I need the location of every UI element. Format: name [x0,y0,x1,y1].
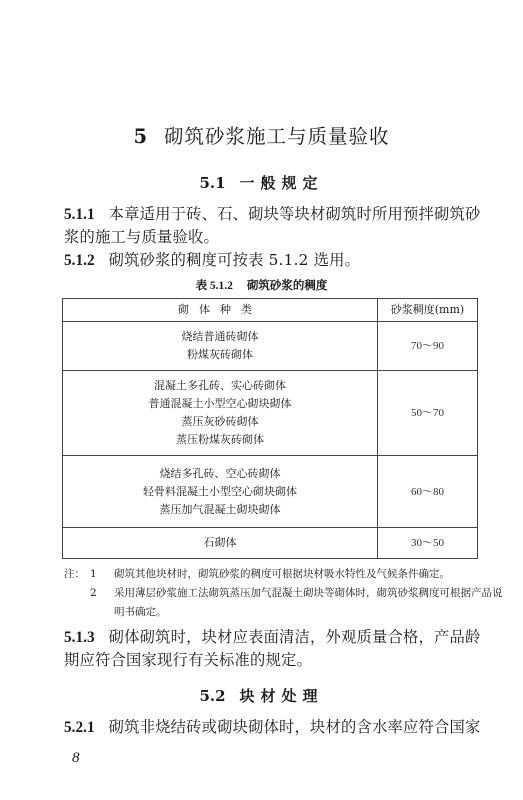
clause-5-1-3: 5.1.3砌体砌筑时，块材应表面清洁，外观质量合格，产品龄期应符合国家现行有关标… [64,626,484,672]
consistency-cell: 60～80 [378,456,478,528]
masonry-types-cell: 烧结普通砖砌体 粉煤灰砖砌体 [63,322,378,371]
note-text: 砌筑其他块材时，砌筑砂浆的稠度可根据块材吸水特性及气候条件确定。 [114,565,504,584]
section-heading-5-1: 5.1一般规定 [0,172,523,193]
consistency-table: 砌体种类 砂浆稠度(mm) 烧结普通砖砌体 粉煤灰砖砌体 70～90 混凝土多孔… [62,298,478,559]
header-consistency: 砂浆稠度(mm) [378,299,478,322]
consistency-cell: 30～50 [378,528,478,559]
table-title: 砌筑砂浆的稠度 [247,278,328,292]
clause-text: 砌体砌筑时，块材应表面清洁，外观质量合格，产品龄期应符合国家现行有关标准的规定。 [64,628,481,669]
consistency-cell: 50～70 [378,371,478,456]
masonry-type: 轻骨料混凝土小型空心砌块砌体 [63,483,377,501]
clause-text: 砌筑非烧结砖或砌块砌体时，块材的含水率应符合国家 [109,718,481,736]
masonry-type: 石砌体 [63,534,377,552]
header-masonry-type: 砌体种类 [63,299,378,322]
section-number: 5.1 [199,174,225,192]
masonry-type: 蒸压粉煤灰砖砌体 [63,431,377,449]
chapter-title: 5砌筑砂浆施工与质量验收 [0,121,523,149]
table-row: 混凝土多孔砖、实心砖砌体 普通混凝土小型空心砌块砌体 蒸压灰砂砖砌体 蒸压粉煤灰… [63,371,478,456]
masonry-type: 混凝土多孔砖、实心砖砌体 [63,377,377,395]
table-caption: 表 5.1.2砌筑砂浆的稠度 [0,277,523,293]
notes-label-spacer [64,584,90,622]
masonry-types-cell: 石砌体 [63,528,378,559]
table-row: 烧结多孔砖、空心砖砌体 轻骨料混凝土小型空心砌块砌体 蒸压加气混凝土砌块砌体 6… [63,456,478,528]
section-title: 块材处理 [240,687,324,705]
masonry-type: 烧结多孔砖、空心砖砌体 [63,465,377,483]
table-notes: 注： 1 砌筑其他块材时，砌筑砂浆的稠度可根据块材吸水特性及气候条件确定。 2 … [64,565,504,622]
note-text: 采用薄层砂浆施工法砌筑蒸压加气混凝土砌块等砌体时，砌筑砂浆稠度可根据产品说明书确… [114,584,504,622]
masonry-type: 粉煤灰砖砌体 [63,346,377,364]
clause-5-1-1: 5.1.1本章适用于砖、石、砌块等块材砌筑时所用预拌砌筑砂浆的施工与质量验收。 [64,203,484,249]
masonry-type: 普通混凝土小型空心砌块砌体 [63,395,377,413]
table-row: 烧结普通砖砌体 粉煤灰砖砌体 70～90 [63,322,478,371]
section-heading-5-2: 5.2块材处理 [0,685,523,706]
clause-text: 砌筑砂浆的稠度可按表 5.1.2 选用。 [109,251,361,269]
consistency-cell: 70～90 [378,322,478,371]
masonry-type: 蒸压灰砂砖砌体 [63,413,377,431]
section-title: 一般规定 [240,174,324,192]
clause-number: 5.2.1 [64,719,95,736]
clause-5-1-2: 5.1.2砌筑砂浆的稠度可按表 5.1.2 选用。 [64,249,484,272]
clause-number: 5.1.1 [64,206,95,223]
masonry-types-cell: 烧结多孔砖、空心砖砌体 轻骨料混凝土小型空心砌块砌体 蒸压加气混凝土砌块砌体 [63,456,378,528]
masonry-type: 蒸压加气混凝土砌块砌体 [63,501,377,519]
clause-number: 5.1.2 [64,252,95,269]
clause-text: 本章适用于砖、石、砌块等块材砌筑时所用预拌砌筑砂浆的施工与质量验收。 [64,205,481,246]
masonry-types-cell: 混凝土多孔砖、实心砖砌体 普通混凝土小型空心砌块砌体 蒸压灰砂砖砌体 蒸压粉煤灰… [63,371,378,456]
notes-label: 注： [64,565,90,584]
table-number: 表 5.1.2 [196,280,233,292]
table-row: 石砌体 30～50 [63,528,478,559]
clause-5-2-1: 5.2.1砌筑非烧结砖或砌块砌体时，块材的含水率应符合国家 [64,716,484,739]
clause-number: 5.1.3 [64,629,95,646]
masonry-type: 烧结普通砖砌体 [63,328,377,346]
chapter-number: 5 [133,125,148,148]
note-index: 1 [90,565,114,584]
table-header-row: 砌体种类 砂浆稠度(mm) [63,299,478,322]
page-number: 8 [72,750,80,767]
note-index: 2 [90,584,114,622]
section-number: 5.2 [199,687,225,705]
chapter-title-text: 砌筑砂浆施工与质量验收 [164,125,390,148]
note-item: 注： 1 砌筑其他块材时，砌筑砂浆的稠度可根据块材吸水特性及气候条件确定。 [64,565,504,584]
note-item: 2 采用薄层砂浆施工法砌筑蒸压加气混凝土砌块等砌体时，砌筑砂浆稠度可根据产品说明… [64,584,504,622]
